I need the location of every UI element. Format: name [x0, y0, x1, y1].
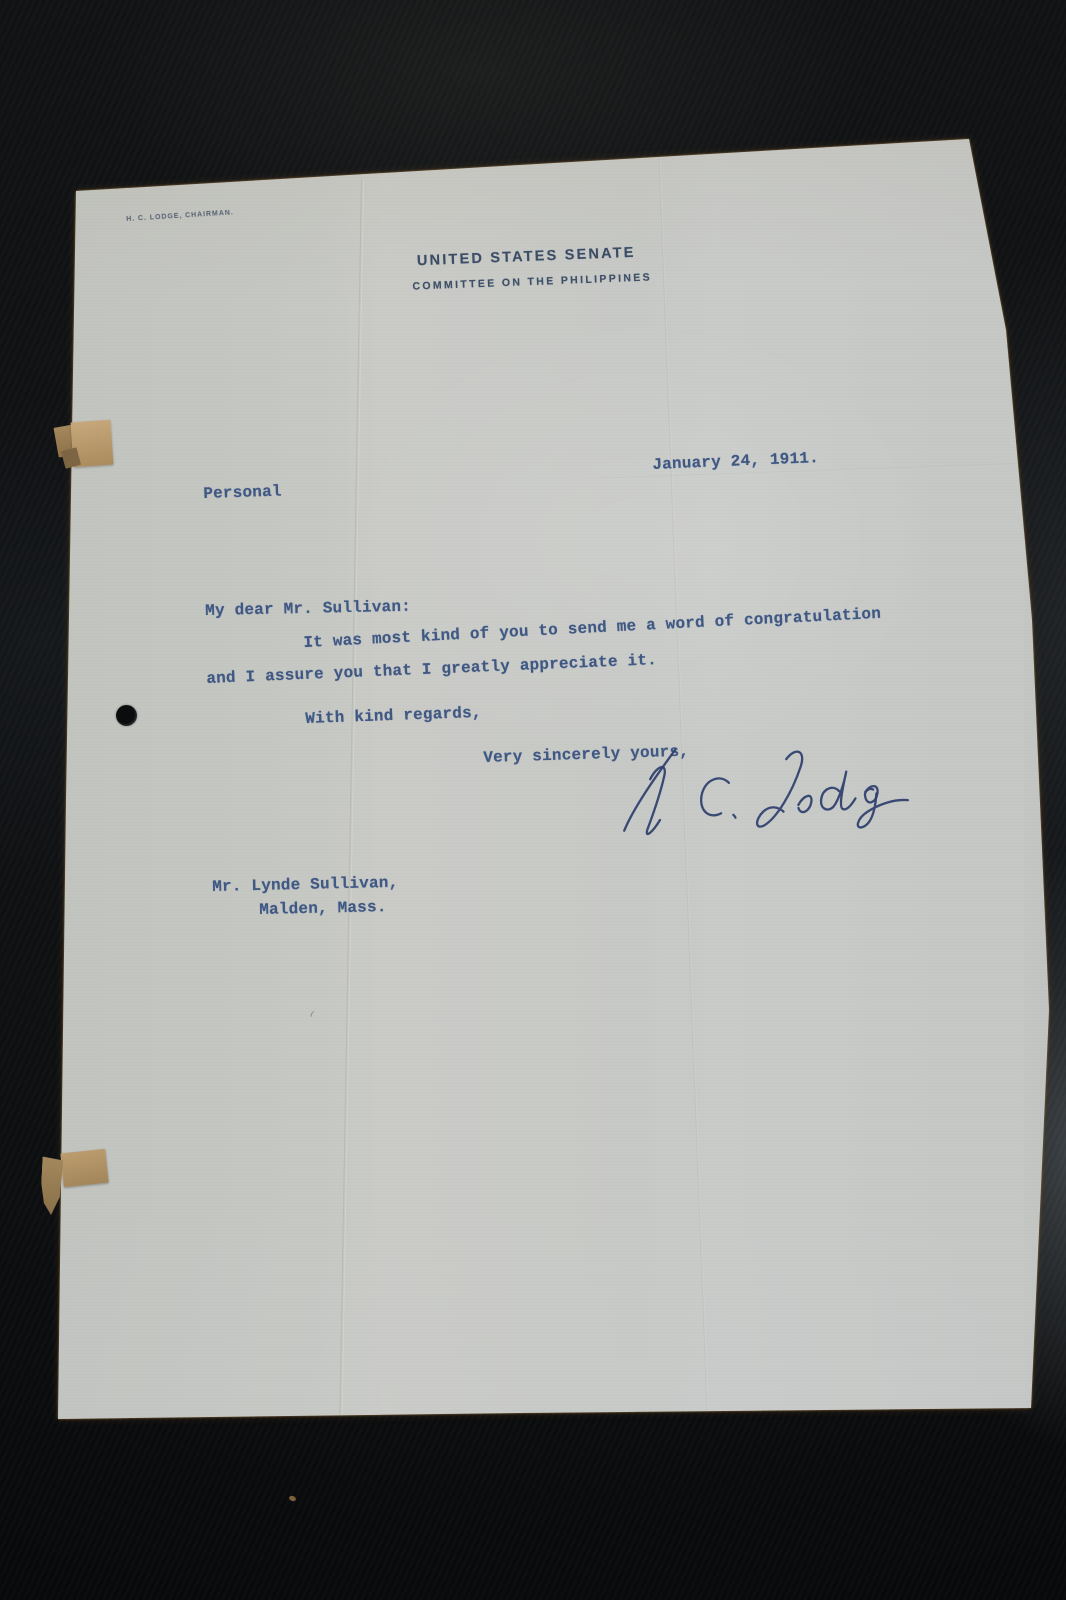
photo-of-letter: { "scene": { "description": "Photograph … [0, 0, 1066, 1600]
letter-paper-shadow: H. C. LODGE, CHAIRMAN. UNITED STATES SEN… [0, 0, 1066, 1600]
recipient-name: Mr. Lynde Sullivan, [212, 873, 399, 897]
letter-paper: H. C. LODGE, CHAIRMAN. UNITED STATES SEN… [0, 0, 1066, 1600]
signature-handwriting [598, 724, 925, 856]
letter-notation-personal: Personal [203, 482, 282, 504]
tape-bottom [60, 1149, 108, 1188]
recipient-city: Malden, Mass. [259, 897, 387, 920]
punch-hole [116, 705, 137, 726]
